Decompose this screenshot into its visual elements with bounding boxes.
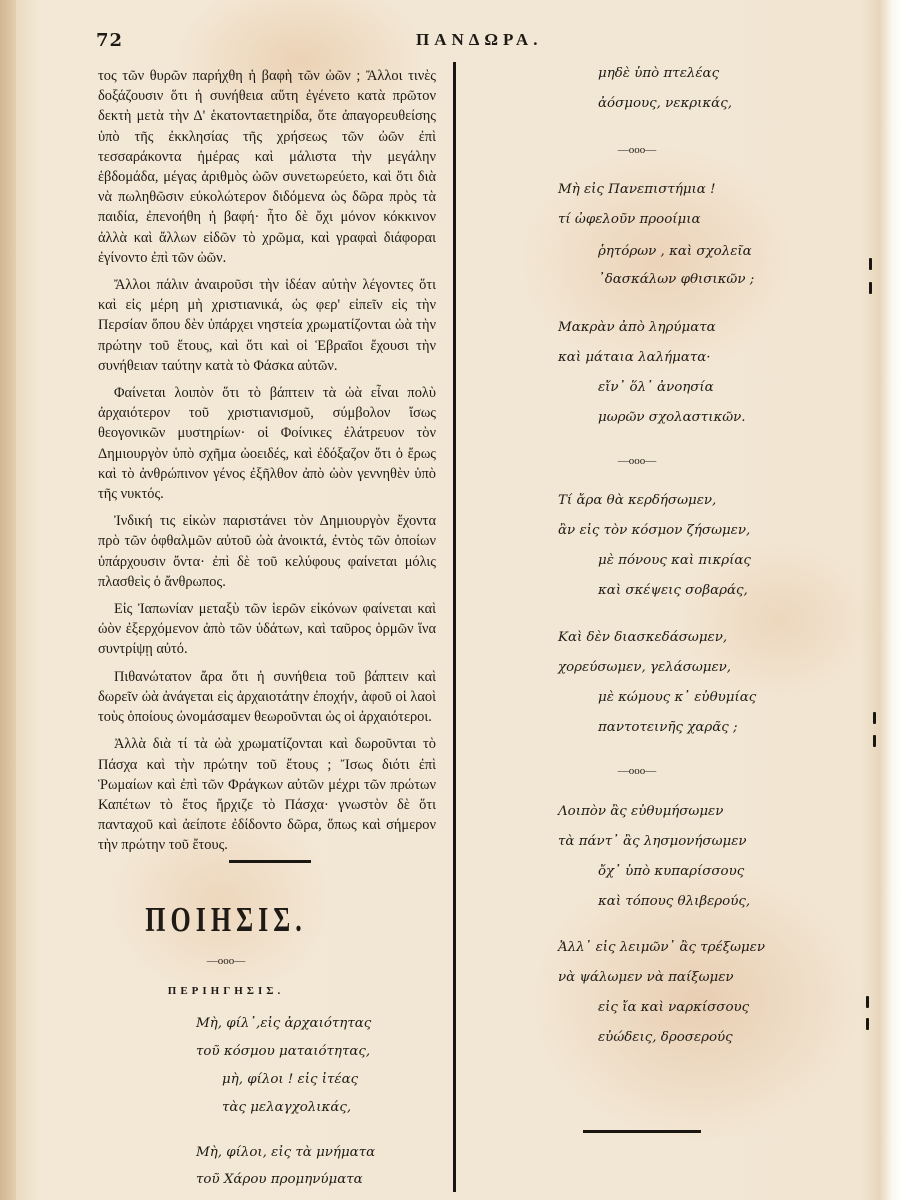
page-number: 72 (96, 30, 123, 51)
article-paragraph: Πιθανώτατον ἄρα ὅτι ἡ συνήθεια τοῦ βάπτε… (98, 667, 436, 728)
verse-line: μὴ, φίλοι ! εἰς ἰτέας (222, 1072, 358, 1087)
ornament: —ooo— (612, 765, 662, 777)
verse-line: Τί ἄρα θὰ κερδήσωμεν, (558, 493, 716, 508)
verse-line: τὰ πάντ᾽ ἂς λησμονήσωμεν (558, 834, 747, 849)
section-divider (229, 860, 311, 863)
stitch-mark (869, 258, 872, 270)
verse-line: παντοτεινῆς χαρᾶς ; (598, 720, 738, 735)
stitch-mark (873, 735, 876, 747)
article-paragraph: Ἀλλὰ διὰ τί τὰ ὠὰ χρωματίζονται καὶ δωρο… (98, 734, 436, 855)
stitch-mark (866, 1018, 869, 1030)
verse-line: Μακρὰν ἀπὸ ληρύματα (558, 320, 716, 335)
verse-line: καὶ μάταια λαλήματα· (558, 350, 711, 365)
article-paragraph: Εἰς Ἰαπωνίαν μεταξὺ τῶν ἱερῶν εἰκόνων φα… (98, 599, 436, 660)
ornament: —ooo— (612, 144, 662, 156)
verse-line: τί ὠφελοῦν προοίμια (558, 212, 701, 227)
verse-line: εὐώδεις, δροσερούς (598, 1030, 733, 1045)
verse-line: ᾽δασκάλων φθισικῶν ; (598, 272, 754, 287)
verse-line: Μὴ, φίλοι, εἰς τὰ μνήματα (196, 1145, 375, 1160)
ornament: —ooo— (612, 455, 662, 467)
stitch-mark (869, 282, 872, 294)
verse-line: τοῦ Χάρου προμηνύματα (196, 1172, 363, 1187)
verse-line: νὰ ψάλωμεν νὰ παίξωμεν (558, 970, 734, 985)
article-paragraph: Ἄλλοι πάλιν ἀναιροῦσι τὴν ἰδέαν αὐτὴν λέ… (98, 275, 436, 376)
column-divider (453, 62, 456, 1192)
verse-line: ῥητόρων , καὶ σχολεῖα (598, 244, 752, 259)
article-text: τος τῶν θυρῶν παρήχθη ἡ βαφὴ τῶν ὠῶν ; Ἄ… (98, 66, 436, 863)
stitch-mark (866, 996, 869, 1008)
page-edge (0, 0, 16, 1200)
verse-line: μωρῶν σχολαστικῶν. (598, 410, 746, 425)
verse-line: εἴν᾽ ὅλ᾽ ἀνοησία (598, 380, 714, 395)
verse-line: μὲ πόνους καὶ πικρίας (598, 553, 751, 568)
ornament: —ooo— (0, 955, 452, 967)
verse-line: ὄχ᾽ ὑπὸ κυπαρίσσους (598, 864, 744, 879)
article-paragraph: Ἰνδική τις εἰκὼν παριστάνει τὸν Δημιουργ… (98, 511, 436, 592)
end-divider (583, 1130, 701, 1133)
verse-line: τοῦ κόσμου ματαιότητας, (196, 1044, 370, 1059)
article-paragraph: τος τῶν θυρῶν παρήχθη ἡ βαφὴ τῶν ὠῶν ; Ἄ… (98, 66, 436, 268)
verse-line: καὶ τόπους θλιβερούς, (598, 894, 750, 909)
stitch-mark (873, 712, 876, 724)
section-title: ΠΟΙΗΣΙΣ. (0, 900, 452, 941)
verse-line: εἰς ἴα καὶ ναρκίσσους (598, 1000, 749, 1015)
poem-title: ΠΕΡΙΗΓΗΣΙΣ. (0, 985, 452, 997)
verse-line: χορεύσωμεν, γελάσωμεν, (558, 660, 731, 675)
verse-line: τὰς μελαγχολικάς, (222, 1100, 351, 1115)
verse-line: Μὴ, φίλ᾽,εἰς ἀρχαιότητας (196, 1016, 371, 1031)
verse-line: μηδὲ ὑπὸ πτελέας (598, 66, 719, 81)
verse-line: Λοιπὸν ἂς εὐθυμήσωμεν (558, 804, 723, 819)
verse-line: καὶ σκέψεις σοβαράς, (598, 583, 748, 598)
verse-line: Μὴ εἰς Πανεπιστήμια ! (558, 182, 715, 197)
verse-line: ἀόσμους, νεκρικάς, (598, 96, 732, 111)
running-head: ΠΑΝΔΩΡΑ. (416, 30, 542, 50)
verse-line: Ἀλλ᾽ εἰς λειμῶν᾽ ἂς τρέξωμεν (558, 940, 765, 955)
verse-line: ἂν εἰς τὸν κόσμον ζήσωμεν, (558, 523, 750, 538)
verse-line: μὲ κώμους κ᾽ εὐθυμίας (598, 690, 756, 705)
verse-line: Καὶ δὲν διασκεδάσωμεν, (558, 630, 727, 645)
article-paragraph: Φαίνεται λοιπὸν ὅτι τὸ βάπτειν τὰ ὠὰ εἶν… (98, 383, 436, 504)
